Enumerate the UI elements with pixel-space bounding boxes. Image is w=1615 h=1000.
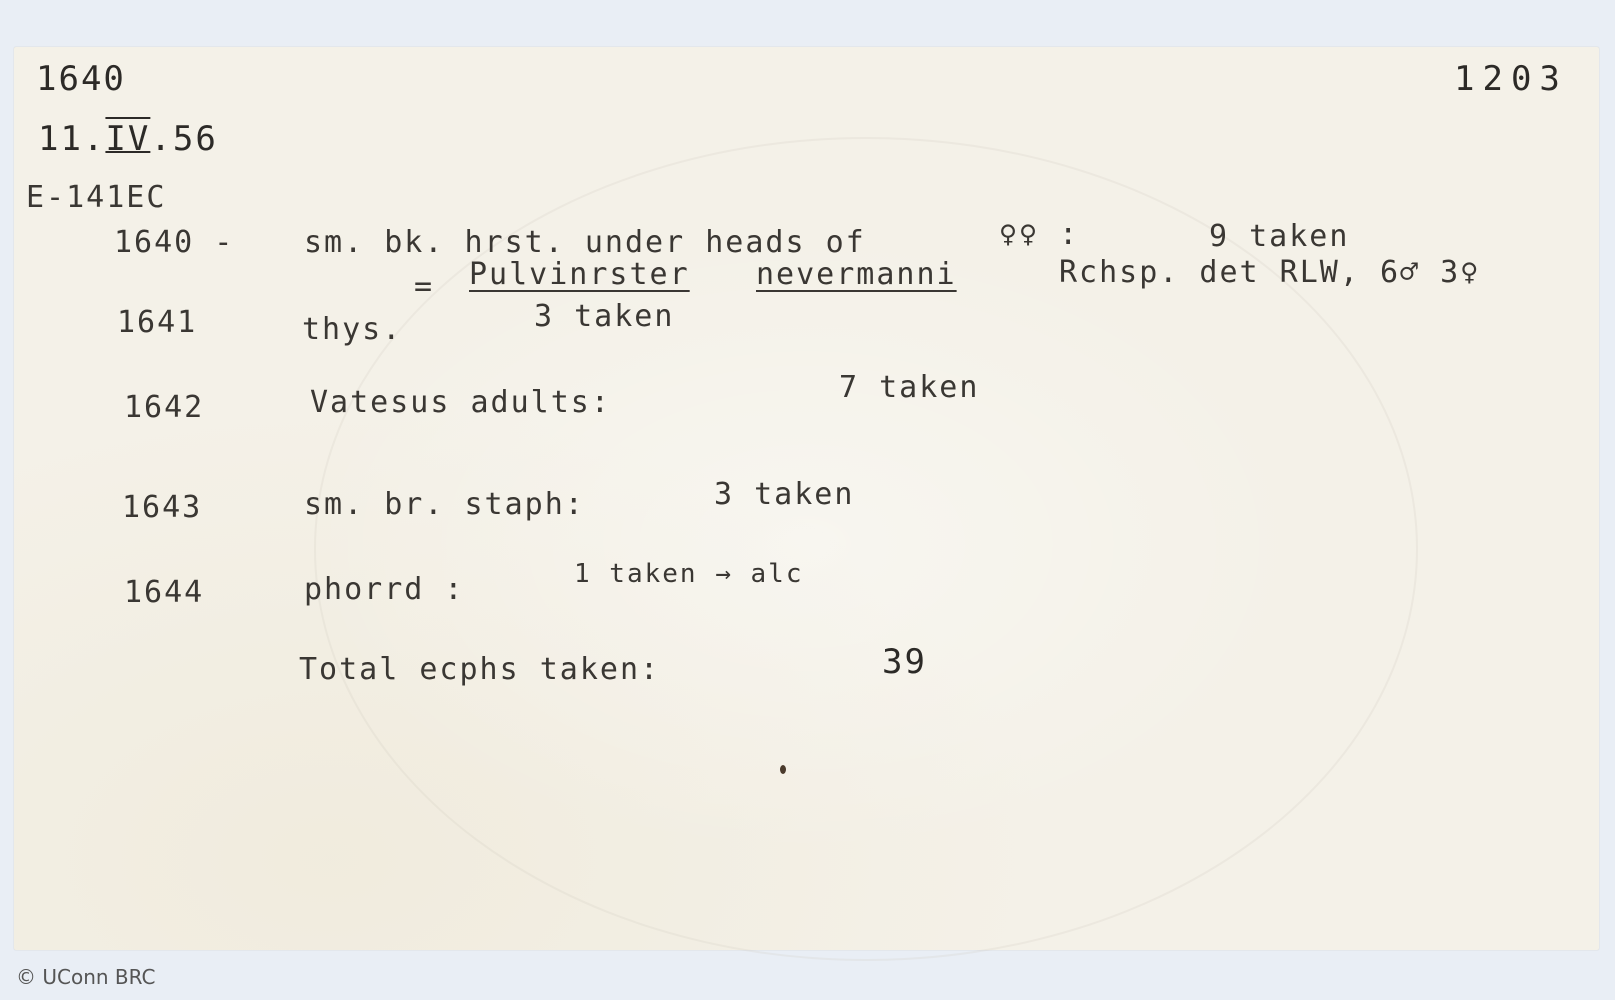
entry-description: sm. br. staph: xyxy=(304,487,585,522)
det-authority: Rchsp. det RLW, 6♂ 3♀ xyxy=(1059,255,1480,290)
date-month: IV xyxy=(105,119,150,159)
collection-date: 11.IV.56 xyxy=(38,119,218,159)
ink-spot xyxy=(780,765,786,774)
det-species: nevermanni xyxy=(756,257,957,292)
collection-code: E-141EC xyxy=(26,180,166,215)
det-prefix: = xyxy=(414,269,434,304)
entry-count: 3 taken xyxy=(714,477,854,512)
specimen-card: 1640 11.IV.56 E-141EC 1203 1640 - sm. bk… xyxy=(14,47,1599,950)
entry-count: 9 taken xyxy=(1209,219,1349,254)
entry-number: 1640 - xyxy=(114,225,234,260)
entry-host: ♀♀ : xyxy=(999,217,1079,252)
entry-description: sm. bk. hrst. under heads of xyxy=(304,225,866,260)
entry-number: 1641 xyxy=(117,305,197,340)
entry-count: 1 taken → alc xyxy=(574,559,804,589)
det-genus: Pulvinrster xyxy=(469,257,690,292)
date-year: .56 xyxy=(150,119,217,159)
date-day: 11. xyxy=(38,119,105,159)
total-label: Total ecphs taken: xyxy=(299,652,660,687)
entry-number: 1644 xyxy=(124,575,204,610)
card-number: 1203 xyxy=(1454,59,1568,99)
entry-count: 3 taken xyxy=(534,299,674,334)
entry-count: 7 taken xyxy=(839,370,979,405)
total-value: 39 xyxy=(882,642,927,682)
entry-number: 1643 xyxy=(122,490,202,525)
lot-number: 1640 xyxy=(36,59,126,99)
entry-description: thys. xyxy=(302,312,402,347)
entry-description: Vatesus adults: xyxy=(310,385,611,420)
copyright-credit: © UConn BRC xyxy=(16,965,156,989)
entry-number: 1642 xyxy=(124,390,204,425)
entry-description: phorrd : xyxy=(304,572,465,607)
